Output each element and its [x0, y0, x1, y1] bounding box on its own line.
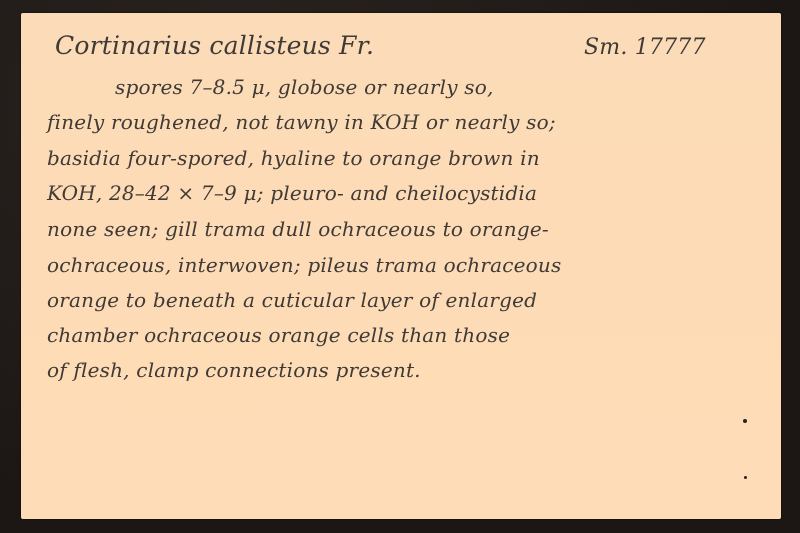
index-card: Cortinarius callisteus Fr. Sm. 17777 spo…	[21, 13, 781, 519]
note-line: orange to beneath a cuticular layer of e…	[47, 288, 537, 312]
note-line: ochraceous, interwoven; pileus trama och…	[47, 253, 561, 277]
note-line: finely roughened, not tawny in KOH or ne…	[47, 110, 556, 134]
note-line: of flesh, clamp connections present.	[47, 358, 421, 382]
note-line: chamber ochraceous orange cells than tho…	[47, 323, 510, 347]
note-line: basidia four-spored, hyaline to orange b…	[47, 146, 540, 170]
note-line: none seen; gill trama dull ochraceous to…	[47, 217, 549, 241]
ink-speck	[744, 476, 747, 479]
note-line: KOH, 28–42 × 7–9 μ; pleuro- and cheilocy…	[47, 181, 537, 205]
note-line: spores 7–8.5 μ, globose or nearly so,	[115, 75, 494, 99]
species-title: Cortinarius callisteus Fr.	[55, 31, 374, 60]
specimen-number: Sm. 17777	[584, 35, 706, 60]
ink-speck	[743, 419, 747, 423]
